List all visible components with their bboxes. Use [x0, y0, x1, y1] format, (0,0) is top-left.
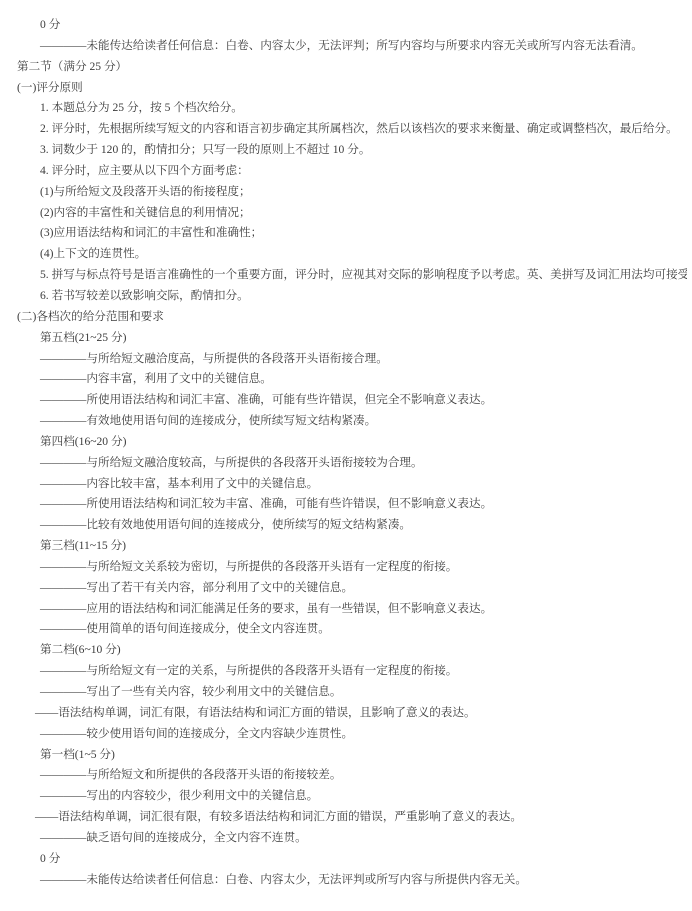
criteria-bullet: ————未能传达给读者任何信息：白卷、内容太少，无法评判；所写内容均与所要求内容… — [17, 36, 687, 57]
criteria-bullet: ————有效地使用语句间的连接成分，使所续写短文结构紧凑。 — [17, 411, 687, 432]
criteria-bullet: ————与所给短文关系较为密切，与所提供的各段落开头语有一定程度的衔接。 — [17, 557, 687, 578]
rule-item: 5. 拼写与标点符号是语言准确性的一个重要方面，评分时，应视其对交际的影响程度予… — [17, 265, 687, 286]
criteria-bullet: ————未能传达给读者任何信息：白卷、内容太少，无法评判或所写内容与所提供内容无… — [17, 870, 687, 891]
criteria-bullet: ————缺乏语句间的连接成分，全文内容不连贯。 — [17, 828, 687, 849]
criteria-bullet: ————内容比较丰富，基本利用了文中的关键信息。 — [17, 474, 687, 495]
band-heading: 第二档(6~10 分) — [17, 640, 687, 661]
criteria-bullet: ————与所给短文融洽度较高，与所提供的各段落开头语衔接较为合理。 — [17, 453, 687, 474]
document-page: 0 分————未能传达给读者任何信息：白卷、内容太少，无法评判；所写内容均与所要… — [0, 0, 692, 911]
criteria-bullet: ————与所给短文和所提供的各段落开头语的衔接较差。 — [17, 765, 687, 786]
subsection-heading: (二)各档次的给分范围和要求 — [17, 307, 687, 328]
score-zero-label: 0 分 — [17, 849, 687, 870]
band-heading: 第四档(16~20 分) — [17, 432, 687, 453]
criteria-bullet: ————写出的内容较少，很少利用文中的关键信息。 — [17, 786, 687, 807]
criteria-bullet: ————较少使用语句间的连接成分，全文内容缺少连贯性。 — [17, 724, 687, 745]
rule-item: 1. 本题总分为 25 分，按 5 个档次给分。 — [17, 98, 687, 119]
subsection-heading: (一)评分原则 — [17, 78, 687, 99]
criteria-bullet: ————比较有效地使用语句间的连接成分，使所续写的短文结构紧凑。 — [17, 515, 687, 536]
section-heading: 第二节（满分 25 分） — [17, 57, 687, 78]
criteria-bullet: ————与所给短文融洽度高，与所提供的各段落开头语衔接合理。 — [17, 349, 687, 370]
rule-item: 4. 评分时，应主要从以下四个方面考虑： — [17, 161, 687, 182]
criteria-bullet: ————写出了一些有关内容，较少利用文中的关键信息。 — [17, 682, 687, 703]
rule-item: (4)上下文的连贯性。 — [17, 244, 687, 265]
rule-item: (1)与所给短文及段落开头语的衔接程度； — [17, 182, 687, 203]
criteria-bullet: ————所使用语法结构和词汇丰富、准确，可能有些许错误，但完全不影响意义表达。 — [17, 390, 687, 411]
criteria-bullet: ————应用的语法结构和词汇能满足任务的要求，虽有一些错误，但不影响意义表达。 — [17, 599, 687, 620]
criteria-bullet: ————写出了若干有关内容，部分利用了文中的关键信息。 — [17, 578, 687, 599]
band-heading: 第一档(1~5 分) — [17, 745, 687, 766]
score-zero-label: 0 分 — [17, 15, 687, 36]
rule-item: 2. 评分时，先根据所续写短文的内容和语言初步确定其所属档次，然后以该档次的要求… — [17, 119, 687, 140]
band-heading: 第五档(21~25 分) — [17, 328, 687, 349]
criteria-bullet: ————所使用语法结构和词汇较为丰富、准确，可能有些许错误，但不影响意义表达。 — [17, 494, 687, 515]
criteria-bullet: ——语法结构单调，词汇很有限，有较多语法结构和词汇方面的错误，严重影响了意义的表… — [17, 807, 687, 828]
rule-item: (3)应用语法结构和词汇的丰富性和准确性； — [17, 223, 687, 244]
band-heading: 第三档(11~15 分) — [17, 536, 687, 557]
criteria-bullet: ————内容丰富，利用了文中的关键信息。 — [17, 369, 687, 390]
criteria-bullet: ——语法结构单调，词汇有限，有语法结构和词汇方面的错误，且影响了意义的表达。 — [17, 703, 687, 724]
criteria-bullet: ————使用简单的语句间连接成分，使全文内容连贯。 — [17, 619, 687, 640]
rule-item: 6. 若书写较差以致影响交际，酌情扣分。 — [17, 286, 687, 307]
rule-item: 3. 词数少于 120 的，酌情扣分；只写一段的原则上不超过 10 分。 — [17, 140, 687, 161]
rule-item: (2)内容的丰富性和关键信息的利用情况； — [17, 203, 687, 224]
criteria-bullet: ————与所给短文有一定的关系，与所提供的各段落开头语有一定程度的衔接。 — [17, 661, 687, 682]
